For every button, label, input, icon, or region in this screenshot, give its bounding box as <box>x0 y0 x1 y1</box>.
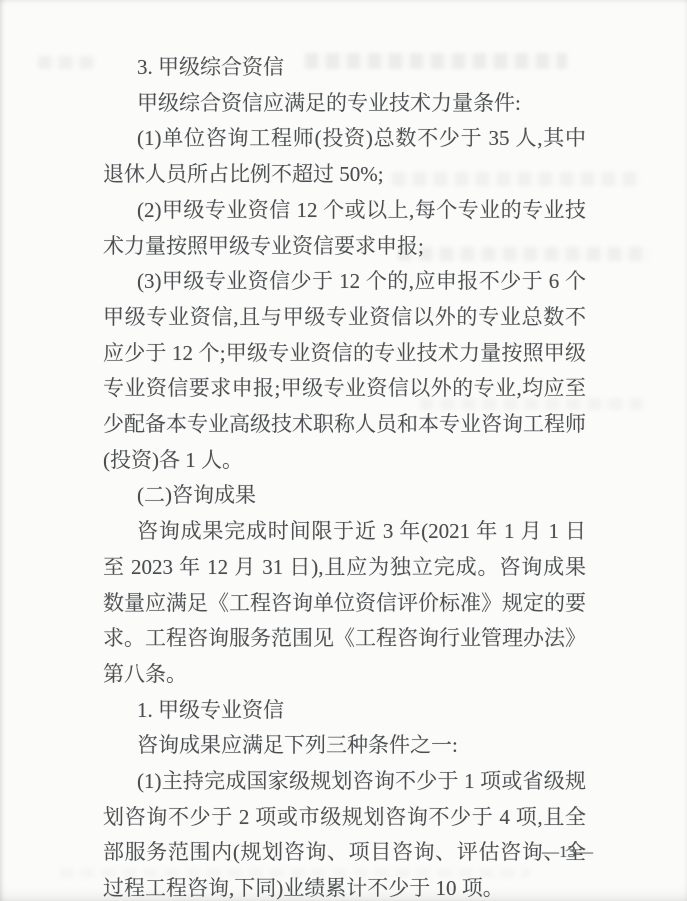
paragraph-three-conditions-intro: 咨询成果应满足下列三种条件之一: <box>103 728 586 764</box>
heading-grade-a-professional-credit: 1. 甲级专业资信 <box>103 693 586 729</box>
paragraph-technical-force-conditions-intro: 甲级综合资信应满足的专业技术力量条件: <box>103 86 586 122</box>
page-number: —13— <box>542 842 593 862</box>
paragraph-condition-2-professional-credit: (2)甲级专业资信 12 个或以上,每个专业的专业技术力量按照甲级专业资信要求申… <box>103 193 586 264</box>
paragraph-condition-3-fewer-than-12: (3)甲级专业资信少于 12 个的,应申报不少于 6 个甲级专业资信,且与甲级专… <box>103 264 586 478</box>
paragraph-consulting-results-timeframe: 咨询成果完成时间限于近 3 年(2021 年 1 月 1 日至 2023 年 1… <box>103 514 586 693</box>
heading-grade-a-comprehensive-credit: 3. 甲级综合资信 <box>103 50 586 86</box>
paragraph-planning-consulting-requirement: (1)主持完成国家级规划咨询不少于 1 项或省级规划咨询不少于 2 项或市级规划… <box>103 764 586 901</box>
document-body-text: 3. 甲级综合资信 甲级综合资信应满足的专业技术力量条件: (1)单位咨询工程师… <box>103 50 586 901</box>
heading-consulting-results-section: (二)咨询成果 <box>103 478 586 514</box>
paragraph-condition-1-engineer-count: (1)单位咨询工程师(投资)总数不少于 35 人,其中退休人员所占比例不超过 5… <box>103 121 586 192</box>
scanned-document-page: 3. 甲级综合资信 甲级综合资信应满足的专业技术力量条件: (1)单位咨询工程师… <box>0 0 687 901</box>
bleed-through-artifact <box>38 56 96 69</box>
